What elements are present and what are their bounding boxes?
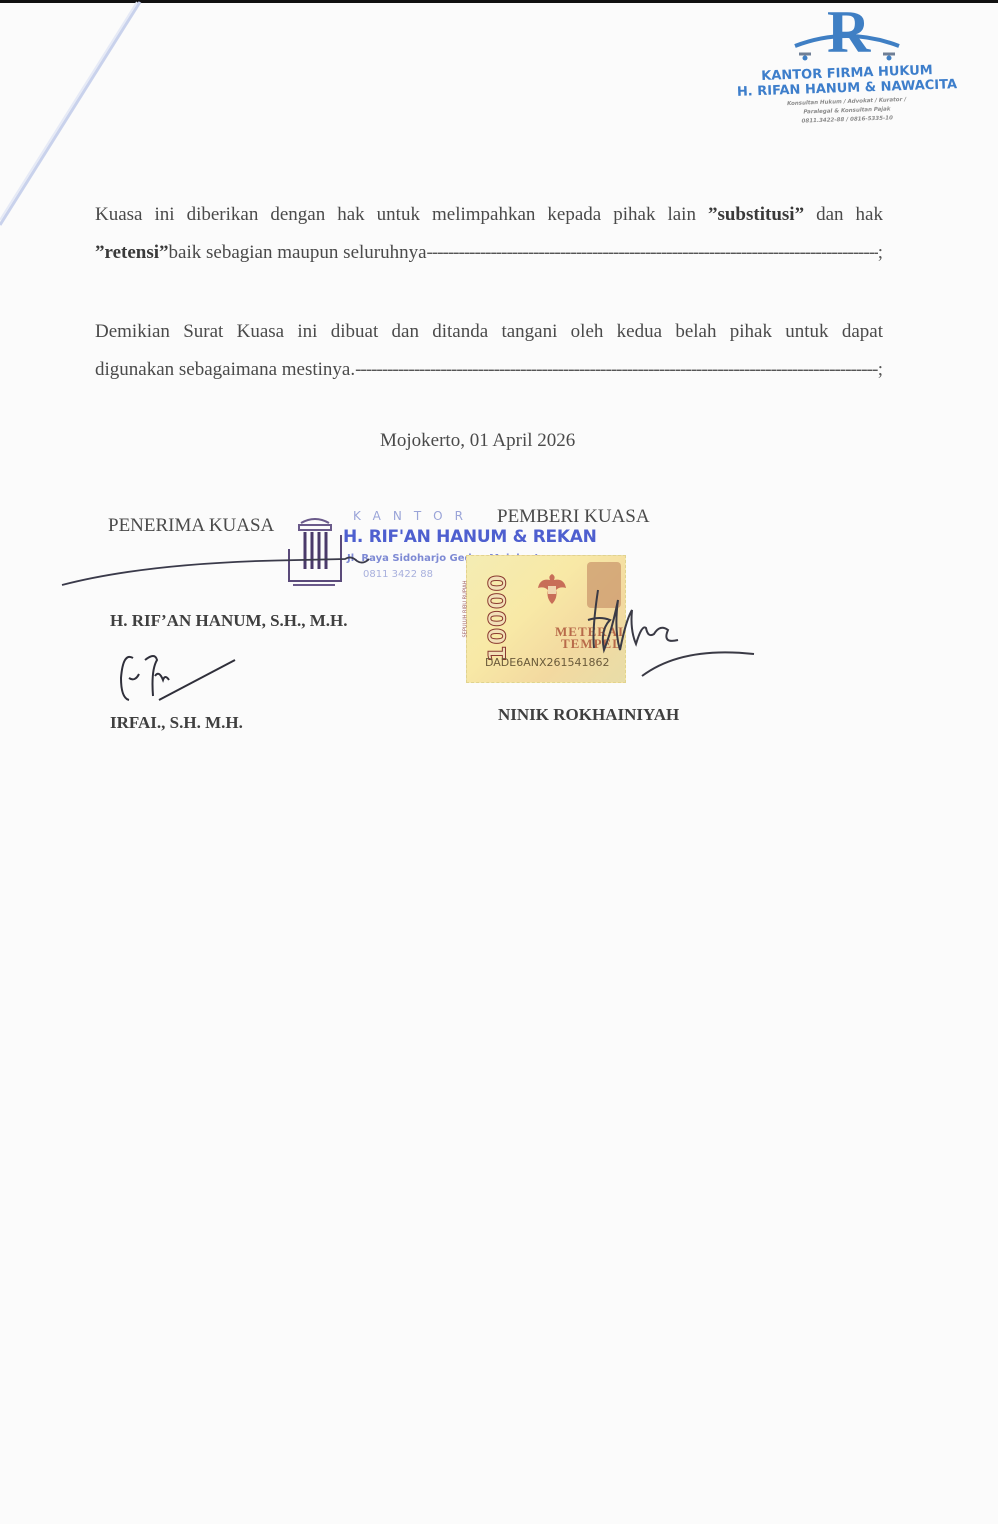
meterai-value-words: SEPULUH RIBU RUPIAH — [463, 581, 469, 638]
recipient-2-signature — [115, 648, 245, 708]
grantor-name: NINIK ROKHAINIYAH — [498, 705, 679, 725]
grantor-signature — [560, 578, 780, 688]
meterai-value: 10000 — [483, 574, 511, 663]
recipient-name-2: IRFAI., S.H. M.H. — [110, 713, 243, 733]
recipient-name-1: H. RIF’AN HANUM, S.H., M.H. — [110, 611, 348, 631]
